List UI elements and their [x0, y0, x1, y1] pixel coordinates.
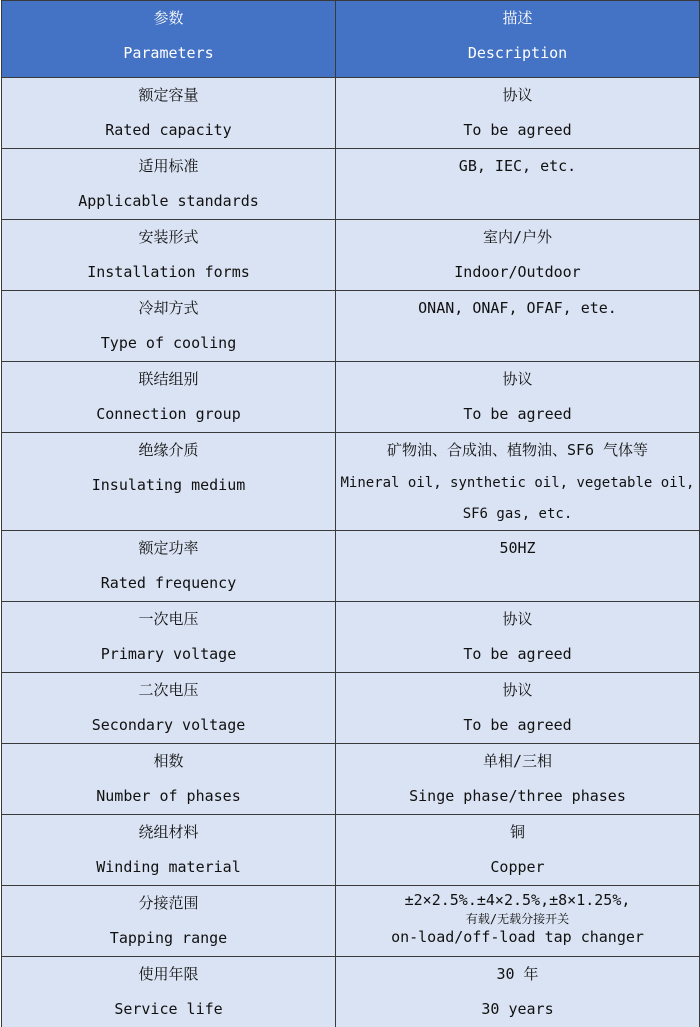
table-row-primary-voltage: 一次电压Primary voltage 协议To be agreed [2, 602, 700, 673]
param-cell: 使用年限Service life [2, 957, 336, 1027]
desc-cell: 协议To be agreed [336, 78, 700, 149]
desc-cell: GB, IEC, etc. [336, 149, 700, 220]
desc-cell: 矿物油、合成油、植物油、SF6 气体等Mineral oil, syntheti… [336, 433, 700, 531]
header-parameters: 参数 Parameters [2, 1, 336, 78]
desc-cell: 协议To be agreed [336, 602, 700, 673]
table-row-rated-capacity: 额定容量Rated capacity 协议To be agreed [2, 78, 700, 149]
param-cell: 二次电压Secondary voltage [2, 673, 336, 744]
desc-cell: ±2×2.5%.±4×2.5%,±8×1.25%,有载/无载分接开关on-loa… [336, 886, 700, 957]
param-cell: 额定功率Rated frequency [2, 531, 336, 602]
table-row-winding-material: 绕组材料Winding material 铜Copper [2, 815, 700, 886]
param-cell: 相数Number of phases [2, 744, 336, 815]
desc-cell: 室内/户外Indoor/Outdoor [336, 220, 700, 291]
param-cell: 绕组材料Winding material [2, 815, 336, 886]
param-cell: 一次电压Primary voltage [2, 602, 336, 673]
param-cell: 联结组别Connection group [2, 362, 336, 433]
desc-cell: 铜Copper [336, 815, 700, 886]
desc-cell: 50HZ [336, 531, 700, 602]
table-row-applicable-standards: 适用标准Applicable standards GB, IEC, etc. [2, 149, 700, 220]
parameters-table: 参数 Parameters 描述 Description 额定容量Rated c… [1, 0, 700, 1027]
desc-cell: 协议To be agreed [336, 673, 700, 744]
param-cell: 绝缘介质Insulating medium [2, 433, 336, 531]
table-header-row: 参数 Parameters 描述 Description [2, 1, 700, 78]
desc-cell: 协议To be agreed [336, 362, 700, 433]
param-cell: 额定容量Rated capacity [2, 78, 336, 149]
table-row-rated-frequency: 额定功率Rated frequency 50HZ [2, 531, 700, 602]
param-cell: 冷却方式Type of cooling [2, 291, 336, 362]
desc-cell: ONAN, ONAF, OFAF, ete. [336, 291, 700, 362]
param-cell: 适用标准Applicable standards [2, 149, 336, 220]
table-row-insulating-medium: 绝缘介质Insulating medium 矿物油、合成油、植物油、SF6 气体… [2, 433, 700, 531]
table-row-connection-group: 联结组别Connection group 协议To be agreed [2, 362, 700, 433]
table-row-number-of-phases: 相数Number of phases 单相/三相Singe phase/thre… [2, 744, 700, 815]
param-cell: 分接范围Tapping range [2, 886, 336, 957]
table-row-tapping-range: 分接范围Tapping range ±2×2.5%.±4×2.5%,±8×1.2… [2, 886, 700, 957]
desc-cell: 30 年30 years [336, 957, 700, 1027]
header-description: 描述 Description [336, 1, 700, 78]
table-row-type-of-cooling: 冷却方式Type of cooling ONAN, ONAF, OFAF, et… [2, 291, 700, 362]
table-row-installation-forms: 安装形式Installation forms 室内/户外Indoor/Outdo… [2, 220, 700, 291]
table-row-secondary-voltage: 二次电压Secondary voltage 协议To be agreed [2, 673, 700, 744]
desc-cell: 单相/三相Singe phase/three phases [336, 744, 700, 815]
table-row-service-life: 使用年限Service life 30 年30 years [2, 957, 700, 1027]
param-cell: 安装形式Installation forms [2, 220, 336, 291]
